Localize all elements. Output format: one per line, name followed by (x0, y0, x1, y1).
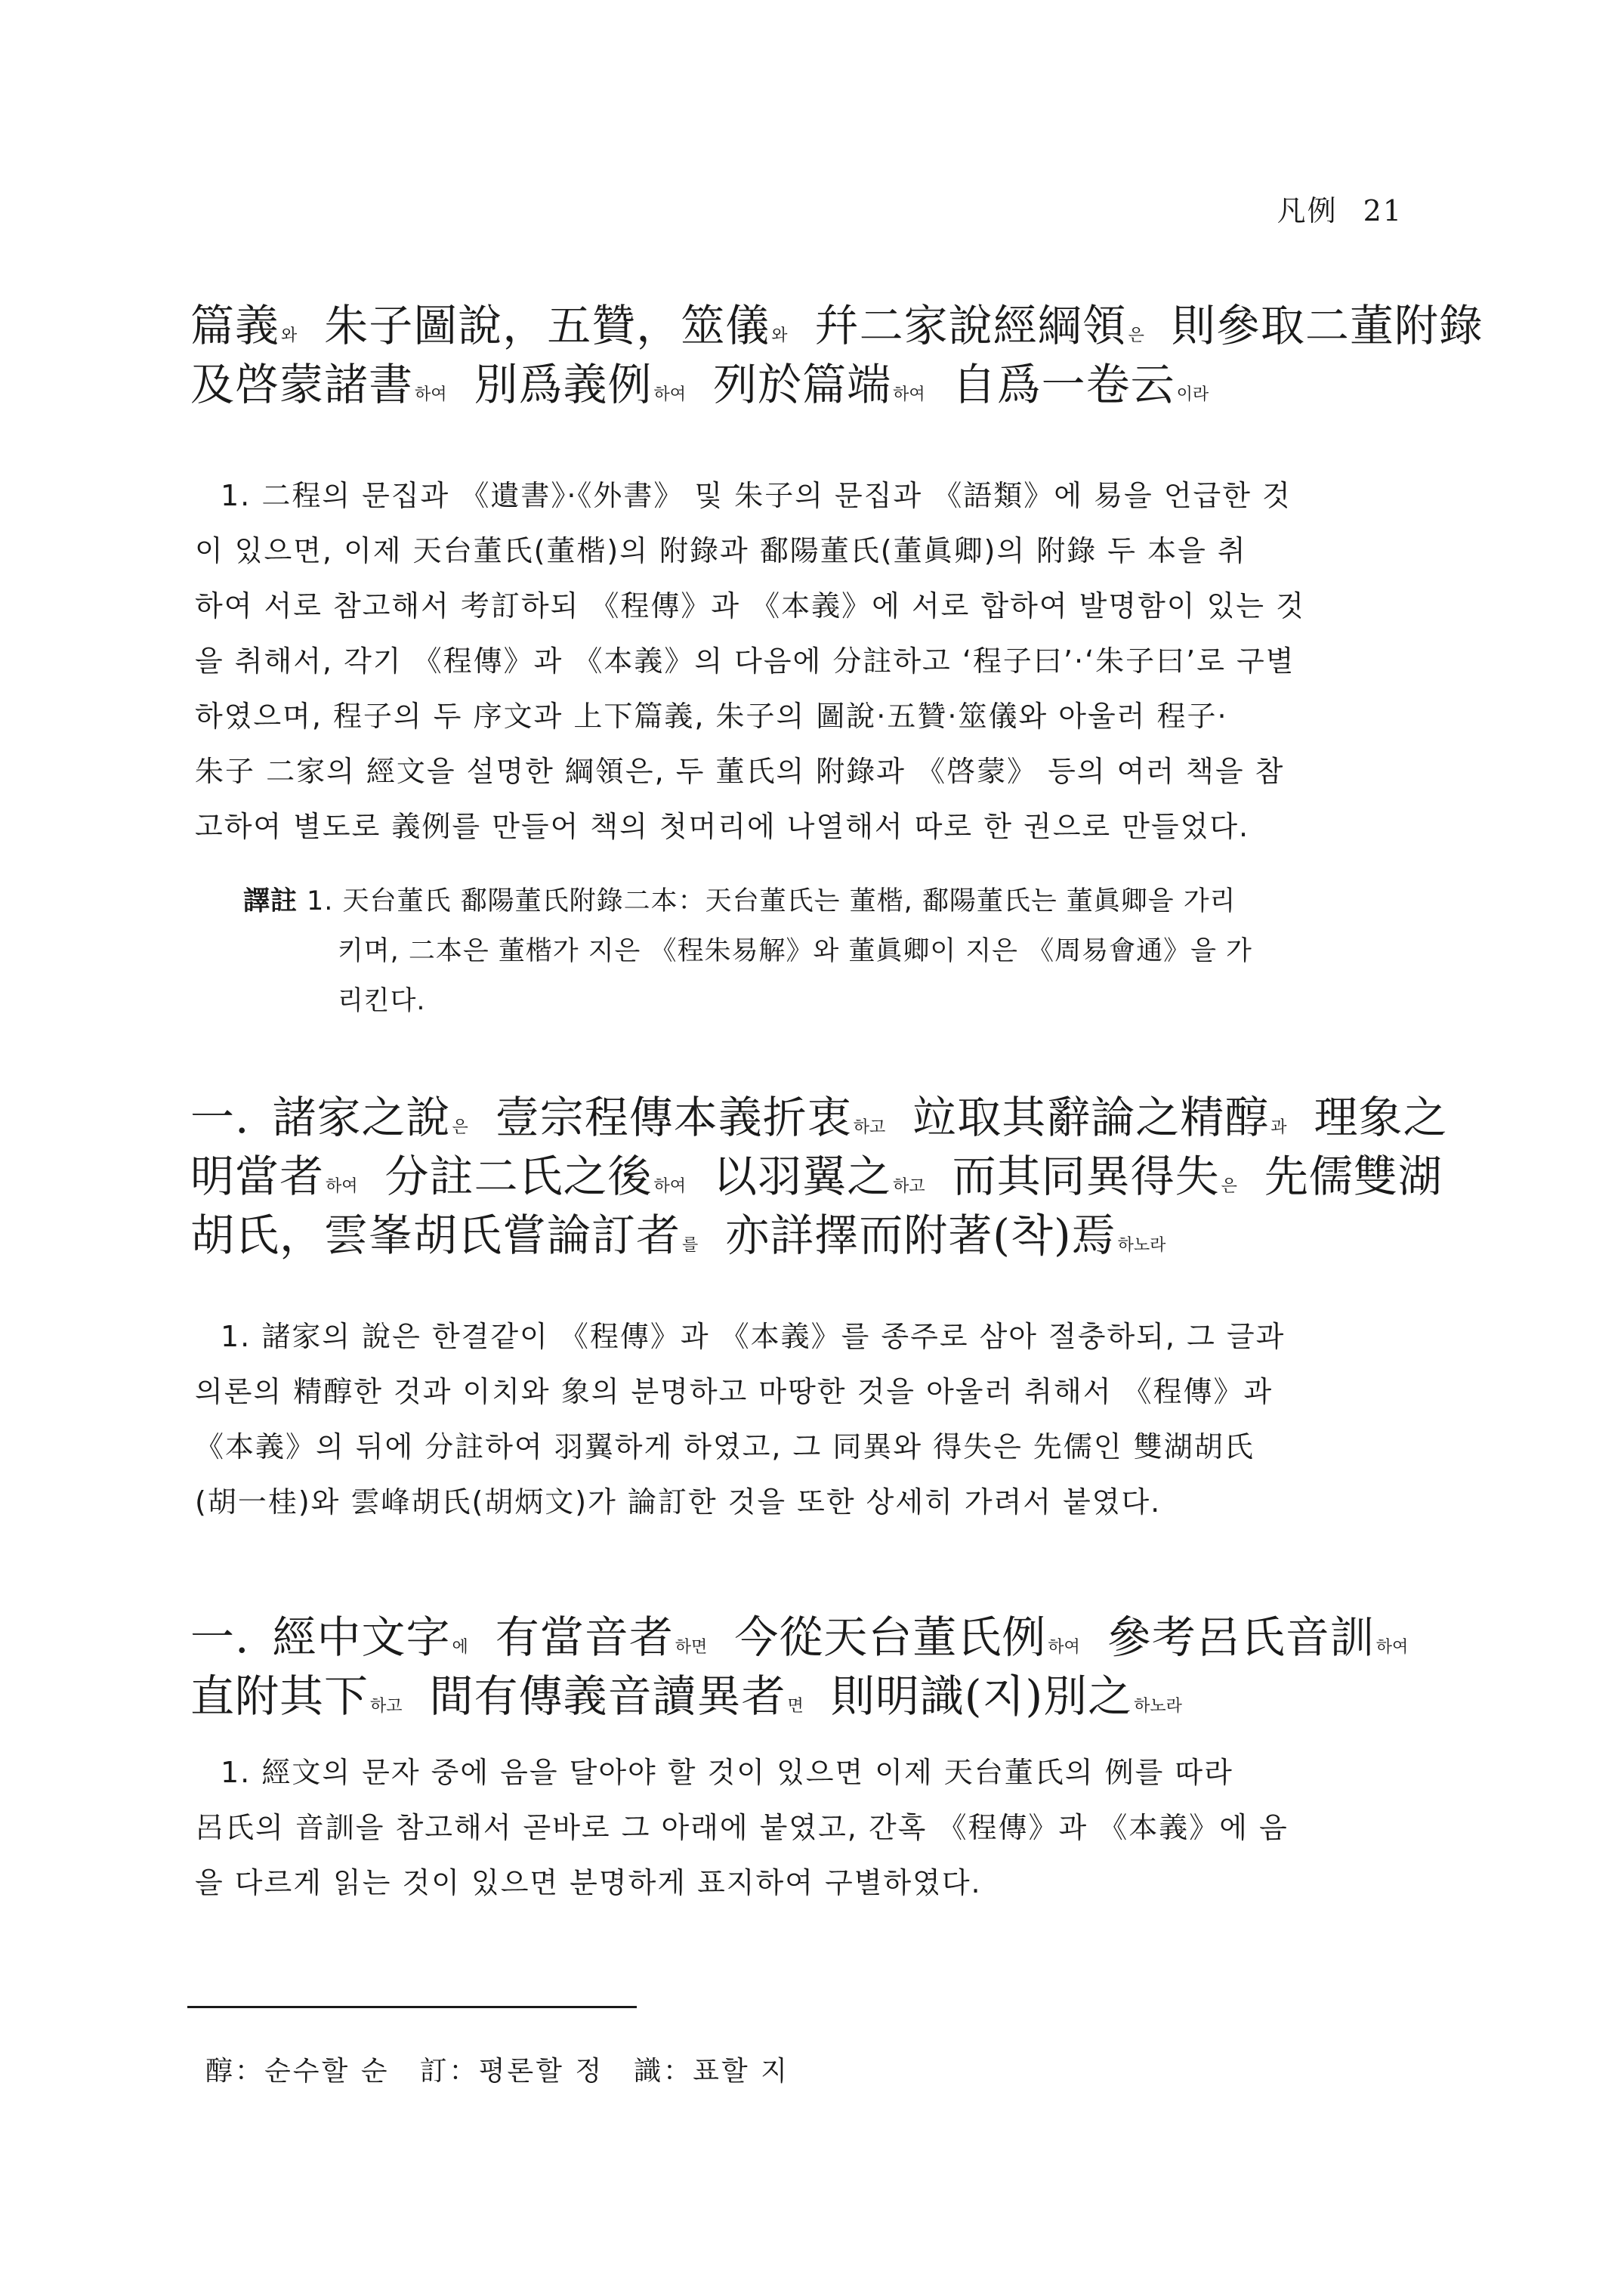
hanmun-phrase: 朱子圖說，五贊，筮儀와 (324, 300, 787, 351)
note-text: 키며, 二本은 董楷가 지은 《程朱易解》와 董眞卿이 지은 《周易會通》을 가 (338, 936, 1252, 966)
hanmun-phrase: 以羽翼之하고 (713, 1151, 925, 1202)
hanmun-text: 自爲一卷云 (952, 359, 1175, 410)
translation-line: (胡一桂)와 雲峰胡氏(胡炳文)가 論訂한 것을 또한 상세히 가려서 붙였다. (195, 1475, 1434, 1530)
hangul-particle: 하여 (326, 1177, 358, 1196)
translation-line: 을 다르게 읽는 것이 있으면 분명하게 표지하여 구별하였다. (195, 1856, 1434, 1911)
hanmun-text: 胡氏，雲峯胡氏嘗論訂者 (190, 1210, 681, 1261)
hanmun-phrase: 理象之 (1314, 1092, 1448, 1143)
hanmun-phrase: 亦詳擇而附著(착)焉하노라 (725, 1210, 1166, 1261)
hanmun-phrase: 竝取其辭論之精醇과 (912, 1092, 1286, 1143)
hanmun-text: 理象之 (1314, 1092, 1448, 1143)
translation-block-1: 1. 二程의 문집과 《遺書》·《外書》 및 朱子의 문집과 《語類》에 易을 … (195, 468, 1434, 854)
translation-block-3: 1. 經文의 문자 중에 음을 달아야 할 것이 있으면 이제 天台董氏의 例를… (195, 1745, 1434, 1911)
hanmun-phrase: 直附其下하고 (190, 1670, 403, 1722)
translation-line: 《本義》의 뒤에 分註하여 羽翼하게 하였고, 그 同異와 得失은 先儒인 雙湖… (195, 1420, 1434, 1475)
hangul-particle: 은 (452, 1118, 468, 1137)
hanmun-phrase: 胡氏，雲峯胡氏嘗論訂者를 (190, 1210, 698, 1261)
hanmun-phrase: 則明識(지)別之하노라 (831, 1670, 1182, 1722)
translator-note: 譯註1. 天台董氏 鄱陽董氏附錄二本：天台董氏는 董楷, 鄱陽董氏는 董眞卿을 … (243, 876, 1437, 1026)
note-text: 1. 天台董氏 鄱陽董氏附錄二本：天台董氏는 董楷, 鄱陽董氏는 董眞卿을 가리 (307, 886, 1236, 916)
hangul-particle: 에 (452, 1638, 468, 1657)
hanmun-phrase: 及啓蒙諸書하여 (190, 359, 447, 410)
hanmun-text: 則明識(지)別之 (831, 1670, 1132, 1722)
hangul-particle: 이라 (1177, 385, 1209, 404)
hanmun-phrase: 則參取二董附錄 (1172, 300, 1484, 351)
hanmun-text: 幷二家說經綱領 (815, 300, 1127, 351)
section-bullet: 一. (190, 1092, 249, 1143)
hanmun-phrase: 列於篇端하여 (713, 359, 925, 410)
hangul-particle: 하여 (1048, 1638, 1080, 1657)
hanmun-phrase: 篇義와 (190, 300, 297, 351)
hanmun-text: 而其同異得失 (952, 1151, 1220, 1202)
hangul-particle: 하여 (415, 385, 447, 404)
original-text-block-3: 一.經中文字에有當音者하면今從天台董氏例하여參考呂氏音訓하여直附其下하고間有傳義… (190, 1608, 1437, 1726)
translation-line: 1. 二程의 문집과 《遺書》·《外書》 및 朱子의 문집과 《語類》에 易을 … (195, 468, 1434, 524)
hanmun-text: 參考呂氏音訓 (1107, 1612, 1375, 1663)
hanmun-text: 直附其下 (190, 1670, 369, 1722)
hanmun-text: 及啓蒙諸書 (190, 359, 413, 410)
section-bullet: 一. (190, 1612, 249, 1663)
gloss-entry: 醇：순수할 순 (205, 2056, 390, 2087)
hanmun-phrase: 自爲一卷云이라 (952, 359, 1209, 410)
hangul-particle: 면 (788, 1697, 804, 1716)
translation-line: 하였으며, 程子의 두 序文과 上下篇義, 朱子의 圖說·五贊·筮儀와 아울러 … (195, 689, 1434, 744)
hanmun-phrase: 今從天台董氏例하여 (734, 1612, 1080, 1663)
original-line: 一.諸家之說은壹宗程傳本義折衷하고竝取其辭論之精醇과理象之 (190, 1088, 1437, 1147)
hangul-particle: 하여 (654, 1177, 687, 1196)
original-line: 直附其下하고間有傳義音讀異者면則明識(지)別之하노라 (190, 1667, 1437, 1726)
section-title: 凡例 (1277, 194, 1338, 227)
hanmun-text: 今從天台董氏例 (734, 1612, 1046, 1663)
hanmun-phrase: 經中文字에 (272, 1612, 468, 1663)
original-text-block-1: 篇義와朱子圖說，五贊，筮儀와幷二家說經綱領은則參取二董附錄及啓蒙諸書하여別爲義例… (190, 296, 1437, 414)
translation-line: 1. 經文의 문자 중에 음을 달아야 할 것이 있으면 이제 天台董氏의 例를… (195, 1745, 1434, 1800)
hanmun-phrase: 諸家之說은 (272, 1092, 468, 1143)
hanmun-text: 以羽翼之 (713, 1151, 891, 1202)
hanmun-text: 竝取其辭論之精醇 (912, 1092, 1269, 1143)
hangul-particle: 하여 (654, 385, 687, 404)
hanmun-text: 明當者 (190, 1151, 324, 1202)
translation-line: 하여 서로 참고해서 考訂하되 《程傳》과 《本義》에 서로 합하여 발명함이 … (195, 579, 1434, 634)
hanmun-text: 分註二氏之後 (385, 1151, 653, 1202)
original-line: 明當者하여分註二氏之後하여以羽翼之하고而其同異得失은先儒雙湖 (190, 1147, 1437, 1206)
note-line: 譯註1. 天台董氏 鄱陽董氏附錄二本：天台董氏는 董楷, 鄱陽董氏는 董眞卿을 … (243, 876, 1437, 926)
page-number: 21 (1363, 194, 1403, 227)
running-header: 凡例21 (1277, 187, 1403, 229)
hangul-particle: 하고 (893, 1177, 925, 1196)
hanmun-phrase: 有當音者하면 (496, 1612, 708, 1663)
gloss-entry: 識：표할 지 (634, 2056, 789, 2087)
hanmun-phrase: 明當者하여 (190, 1151, 358, 1202)
hanmun-phrase: 間有傳義音讀異者면 (430, 1670, 804, 1722)
hanmun-text: 經中文字 (272, 1612, 450, 1663)
original-text-block-2: 一.諸家之說은壹宗程傳本義折衷하고竝取其辭論之精醇과理象之明當者하여分註二氏之後… (190, 1088, 1437, 1265)
hanmun-text: 先儒雙湖 (1264, 1151, 1443, 1202)
hanmun-text: 篇義 (190, 300, 279, 351)
hanmun-text: 則參取二董附錄 (1172, 300, 1484, 351)
hanmun-phrase: 壹宗程傳本義折衷하고 (496, 1092, 886, 1143)
hanmun-text: 亦詳擇而附著(착)焉 (725, 1210, 1116, 1261)
note-line: 리킨다. (243, 976, 1437, 1026)
footnote-glosses: 醇：순수할 순訂：평론할 정識：표할 지 (205, 2050, 820, 2088)
hanmun-text: 諸家之說 (272, 1092, 450, 1143)
note-label: 譯註 (243, 886, 298, 916)
hangul-particle: 하여 (1376, 1638, 1409, 1657)
hanmun-text: 有當音者 (496, 1612, 674, 1663)
translation-line: 呂氏의 音訓을 참고해서 곧바로 그 아래에 붙였고, 간혹 《程傳》과 《本義… (195, 1800, 1434, 1856)
hangul-particle: 은 (1128, 326, 1144, 345)
translation-line: 의론의 精醇한 것과 이치와 象의 분명하고 마땅한 것을 아울러 취해서 《程… (195, 1364, 1434, 1420)
hanmun-text: 壹宗程傳本義折衷 (496, 1092, 852, 1143)
hangul-particle: 하노라 (1134, 1697, 1182, 1716)
hangul-particle: 를 (682, 1236, 698, 1255)
hanmun-phrase: 幷二家說經綱領은 (815, 300, 1144, 351)
footnote-divider (187, 2006, 637, 2008)
translation-line: 고하여 별도로 義例를 만들어 책의 첫머리에 나열해서 따로 한 권으로 만들… (195, 799, 1434, 854)
hanmun-phrase: 分註二氏之後하여 (385, 1151, 687, 1202)
hangul-particle: 하여 (893, 385, 925, 404)
hangul-particle: 하고 (854, 1118, 886, 1137)
translation-line: 을 취해서, 각기 《程傳》과 《本義》의 다음에 分註하고 ‘程子曰’·‘朱子… (195, 634, 1434, 689)
hanmun-text: 間有傳義音讀異者 (430, 1670, 786, 1722)
hangul-particle: 과 (1270, 1118, 1286, 1137)
hangul-particle: 은 (1221, 1177, 1237, 1196)
note-line: 키며, 二本은 董楷가 지은 《程朱易解》와 董眞卿이 지은 《周易會通》을 가 (243, 926, 1437, 976)
hangul-particle: 하노라 (1118, 1236, 1166, 1255)
hanmun-phrase: 先儒雙湖 (1264, 1151, 1443, 1202)
hanmun-phrase: 參考呂氏音訓하여 (1107, 1612, 1409, 1663)
original-line: 胡氏，雲峯胡氏嘗論訂者를亦詳擇而附著(착)焉하노라 (190, 1206, 1437, 1265)
original-line: 及啓蒙諸書하여別爲義例하여列於篇端하여自爲一卷云이라 (190, 355, 1437, 414)
hangul-particle: 하고 (370, 1697, 403, 1716)
translation-line: 1. 諸家의 說은 한결같이 《程傳》과 《本義》를 종주로 삼아 절충하되, … (195, 1309, 1434, 1364)
hangul-particle: 와 (281, 326, 297, 345)
hanmun-text: 朱子圖說，五贊，筮儀 (324, 300, 770, 351)
note-text: 리킨다. (338, 986, 426, 1016)
translation-line: 이 있으면, 이제 天台董氏(董楷)의 附錄과 鄱陽董氏(董眞卿)의 附錄 두 … (195, 524, 1434, 579)
hanmun-phrase: 而其同異得失은 (952, 1151, 1237, 1202)
original-line: 一.經中文字에有當音者하면今從天台董氏例하여參考呂氏音訓하여 (190, 1608, 1437, 1667)
hangul-particle: 하면 (675, 1638, 708, 1657)
translation-block-2: 1. 諸家의 說은 한결같이 《程傳》과 《本義》를 종주로 삼아 절충하되, … (195, 1309, 1434, 1530)
hanmun-text: 列於篇端 (713, 359, 891, 410)
hangul-particle: 와 (771, 326, 787, 345)
original-line: 篇義와朱子圖說，五贊，筮儀와幷二家說經綱領은則參取二董附錄 (190, 296, 1437, 355)
translation-line: 朱子 二家의 經文을 설명한 綱領은, 두 董氏의 附錄과 《啓蒙》 등의 여러… (195, 744, 1434, 799)
gloss-entry: 訂：평론할 정 (420, 2056, 604, 2087)
hanmun-text: 別爲義例 (474, 359, 653, 410)
hanmun-phrase: 別爲義例하여 (474, 359, 687, 410)
